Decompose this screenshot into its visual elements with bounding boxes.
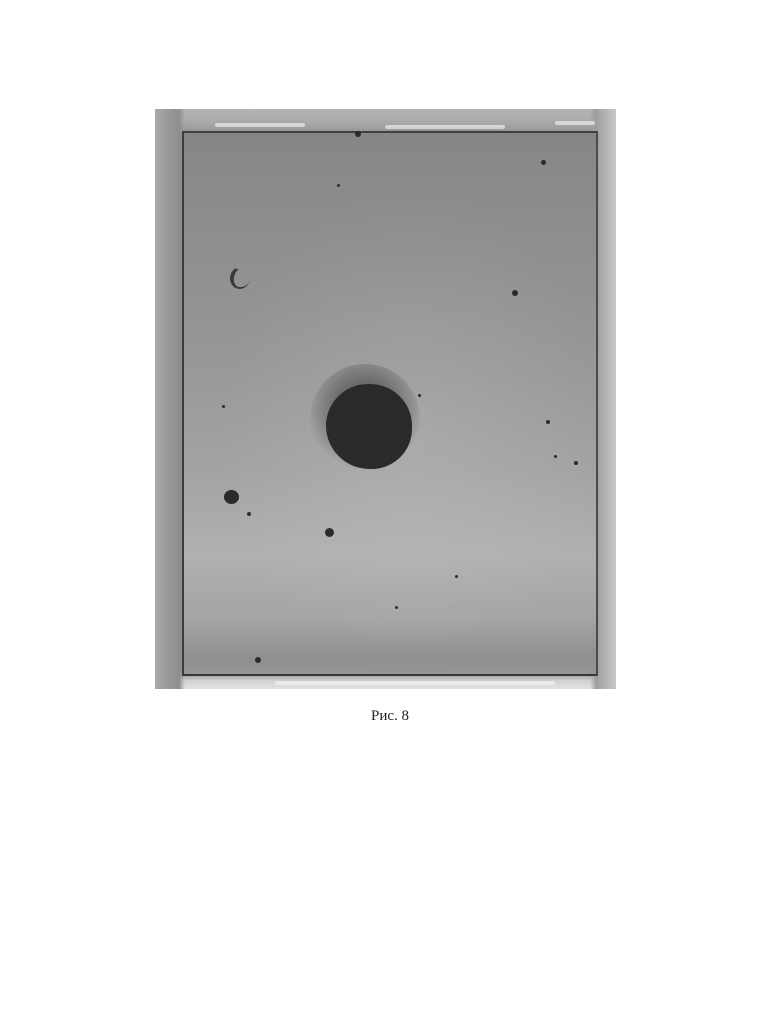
dot — [222, 405, 225, 408]
dot — [255, 657, 261, 663]
tape-highlight — [385, 125, 505, 129]
dot — [455, 575, 458, 578]
dot — [247, 512, 251, 516]
dot — [554, 455, 557, 458]
figure-photo — [155, 109, 616, 689]
dot — [224, 490, 239, 504]
dot — [355, 131, 361, 137]
figure-caption: Рис. 8 — [0, 708, 780, 725]
dot — [574, 461, 578, 465]
dot — [325, 528, 334, 537]
dot — [512, 290, 518, 296]
dot — [337, 184, 340, 187]
dot — [546, 420, 550, 424]
tape-highlight — [555, 121, 595, 125]
tape-highlight — [215, 123, 305, 127]
tape-highlight — [275, 681, 555, 685]
dot — [395, 606, 398, 609]
dot — [418, 394, 421, 397]
dot — [541, 160, 546, 165]
central-dark-spot — [326, 384, 412, 469]
